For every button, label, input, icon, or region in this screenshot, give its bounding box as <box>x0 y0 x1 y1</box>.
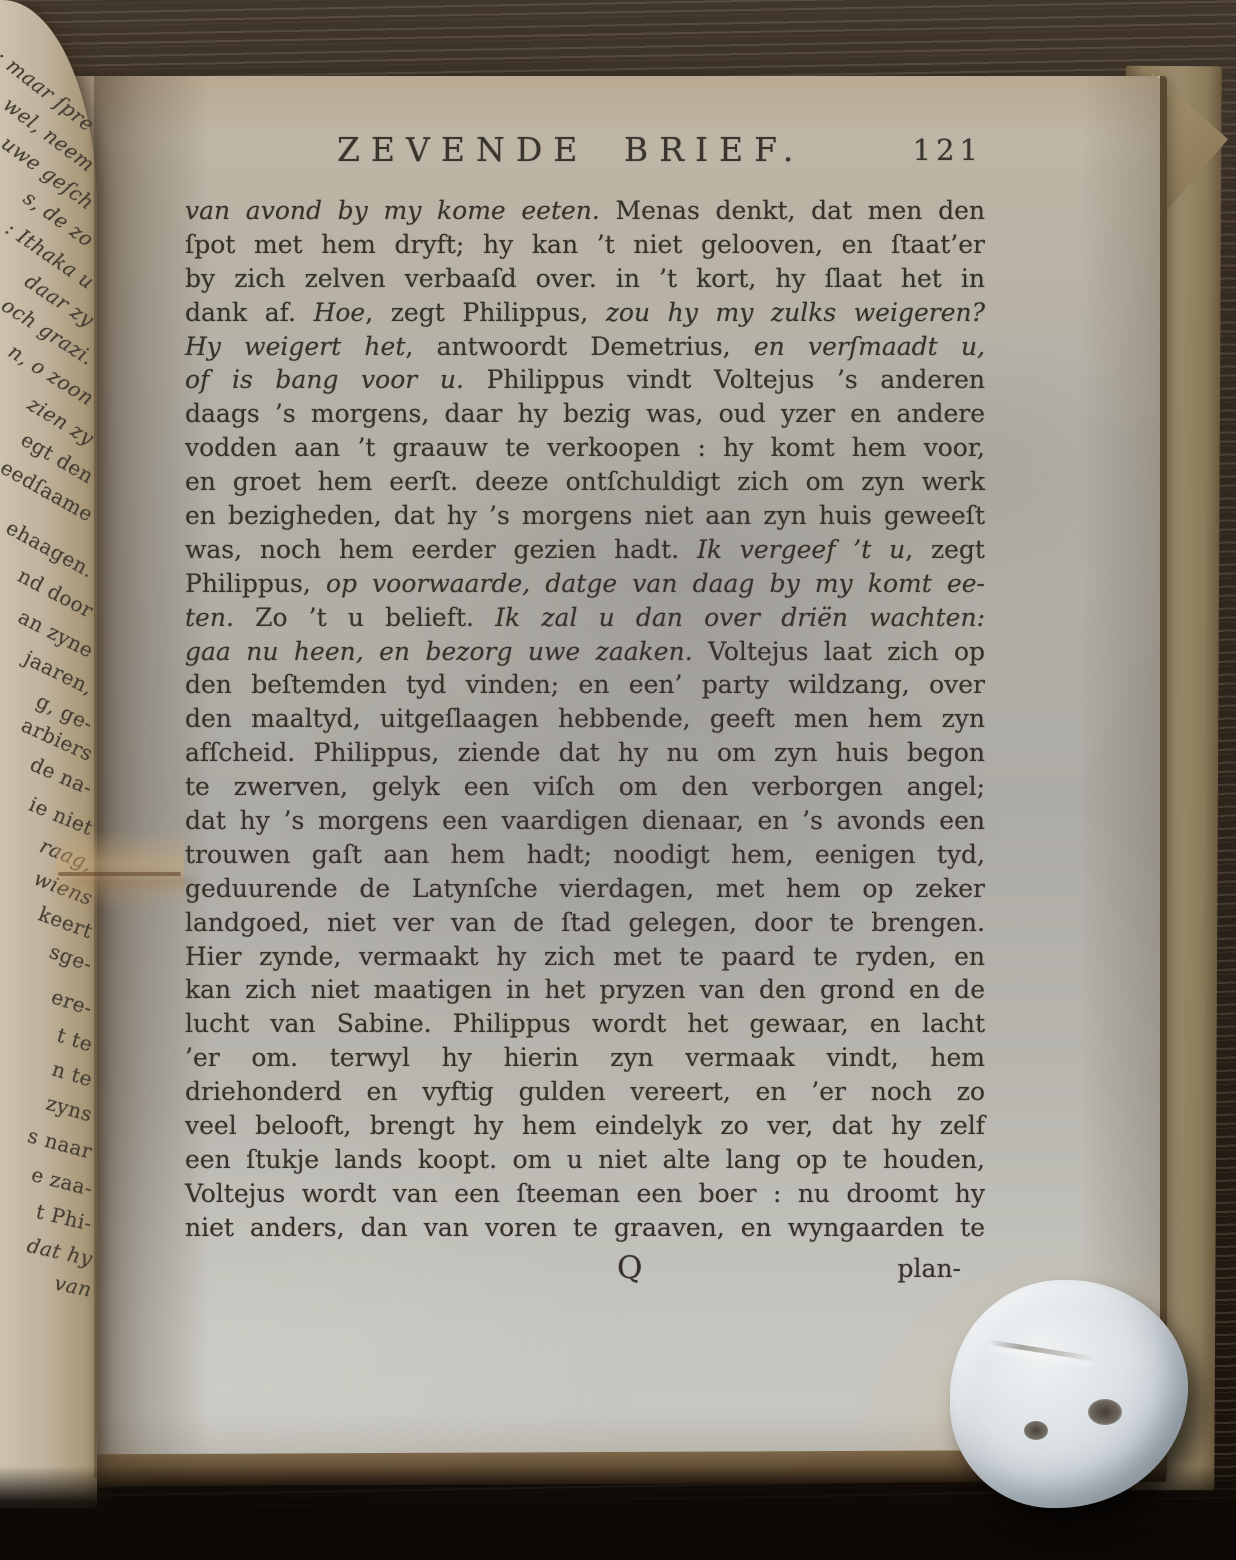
text-segment: en groet hem eerſt. deeze ontſchuldigt z… <box>185 467 985 496</box>
text-segment: den maaltyd, uitgeſlaagen hebbende, geef… <box>185 704 985 733</box>
text-segment: op voorwaarde, datge van daag by my komt… <box>326 569 985 598</box>
tear-repair-stain <box>56 830 184 910</box>
text-segment: Zo ’t u belieft. <box>234 603 495 632</box>
text-segment: zou hy my zulks weigeren? <box>606 298 985 327</box>
text-line: te zwerven, gelyk een viſch om den verbo… <box>185 770 985 804</box>
text-line: en groet hem eerſt. deeze ontſchuldigt z… <box>185 465 985 499</box>
text-segment: Ik zal u dan over driën wachten: <box>495 603 985 632</box>
margin-fragment: dat hy <box>25 1233 95 1271</box>
text-line: Hy weigert het, antwoordt Demetrius, en … <box>185 330 985 364</box>
running-header: ZEVENDE BRIEF. 121 <box>185 130 985 176</box>
text-segment: of is bang voor u. <box>185 365 464 394</box>
text-segment: geduurende de Latynſche vierdagen, met h… <box>185 874 985 903</box>
text-line: Hier zynde, vermaakt hy zich met te paar… <box>185 940 985 974</box>
text-segment: landgoed, niet ver van de ſtad gelegen, … <box>185 908 985 937</box>
signature-row: Q plan- <box>185 1250 985 1294</box>
text-line: vodden aan ’t graauw te verkoopen : hy k… <box>185 431 985 465</box>
text-segment: Philippus vindt Voltejus ’s anderen <box>464 365 985 394</box>
text-segment: by zich zelven verbaaſd over. in ’t kort… <box>185 264 985 293</box>
text-line: geduurende de Latynſche vierdagen, met h… <box>185 872 985 906</box>
text-segment: ’er om. terwyl hy hierin zyn vermaak vin… <box>185 1043 985 1072</box>
text-line: gaa nu heen, en bezorg uwe zaaken. Volte… <box>185 635 985 669</box>
margin-fragment: zyns <box>44 1091 96 1127</box>
text-line: afſcheid. Philippus, ziende dat hy nu om… <box>185 736 985 770</box>
text-segment: ſpot met hem dryft; hy kan ’t niet geloo… <box>185 230 985 259</box>
text-line: Philippus, op voorwaarde, datge van daag… <box>185 567 985 601</box>
text-segment: afſcheid. Philippus, ziende dat hy nu om… <box>185 738 985 767</box>
text-line: trouwen gaſt aan hem hadt; noodigt hem, … <box>185 838 985 872</box>
text-segment: Hy weigert het <box>185 332 405 361</box>
text-line: dat hy ’s morgens een vaardigen dienaar,… <box>185 804 985 838</box>
text-segment: dank af. <box>185 298 314 327</box>
text-line: daags ’s morgens, daar hy bezig was, oud… <box>185 397 985 431</box>
signature-mark: Q <box>617 1250 642 1286</box>
page-number: 121 <box>913 133 983 167</box>
margin-fragment: ere- <box>48 984 95 1020</box>
text-line: ten. Zo ’t u belieft. Ik zal u dan over … <box>185 601 985 635</box>
text-line: driehonderd en vyftig gulden vereert, en… <box>185 1075 985 1109</box>
text-segment: Voltejus wordt van een ſteeman een boer … <box>185 1179 985 1208</box>
text-segment: vodden aan ’t graauw te verkoopen : hy k… <box>185 433 985 462</box>
text-segment: kan zich niet maatigen in het pryzen van… <box>185 975 985 1004</box>
text-line: lucht van Sabine. Philippus wordt het ge… <box>185 1007 985 1041</box>
text-segment: veel belooft, brengt hy hem eindelyk zo … <box>185 1111 985 1140</box>
text-line: was, noch hem eerder gezien hadt. Ik ver… <box>185 533 985 567</box>
text-segment: Menas denkt, dat men den <box>600 196 985 225</box>
margin-fragment: e zaa- <box>29 1162 95 1201</box>
text-line: Voltejus wordt van een ſteeman een boer … <box>185 1177 985 1211</box>
text-line: dank af. Hoe, zegt Philippus, zou hy my … <box>185 296 985 330</box>
text-segment: Voltejus laat zich op <box>693 637 985 666</box>
margin-fragment: sge- <box>47 939 96 976</box>
stone-dimple <box>1088 1399 1122 1425</box>
text-segment: Ik vergeef ’t u <box>697 535 905 564</box>
text-segment: dat hy ’s morgens een vaardigen dienaar,… <box>185 806 985 835</box>
margin-fragment: van <box>53 1271 95 1302</box>
catchword: plan- <box>898 1254 961 1283</box>
text-line: een ſtukje lands koopt. om u niet alte l… <box>185 1143 985 1177</box>
text-line: ’er om. terwyl hy hierin zyn vermaak vin… <box>185 1041 985 1075</box>
margin-fragment: t te <box>54 1023 96 1057</box>
body-text: van avond by my kome eeten. Menas denkt,… <box>185 194 985 1245</box>
wood-table-background: { "book": { "header": { "title": "ZEVEND… <box>0 0 1236 1560</box>
text-line: den maaltyd, uitgeſlaagen hebbende, geef… <box>185 702 985 736</box>
text-segment: te zwerven, gelyk een viſch om den verbo… <box>185 772 985 801</box>
text-line: kan zich niet maatigen in het pryzen van… <box>185 973 985 1007</box>
text-segment: Hier zynde, vermaakt hy zich met te paar… <box>185 942 985 971</box>
text-line: veel belooft, brengt hy hem eindelyk zo … <box>185 1109 985 1143</box>
text-line: den beſtemden tyd vinden; en een’ party … <box>185 668 985 702</box>
text-line: niet anders, dan van voren te graaven, e… <box>185 1211 985 1245</box>
text-line: ſpot met hem dryft; hy kan ’t niet geloo… <box>185 228 985 262</box>
text-line: van avond by my kome eeten. Menas denkt,… <box>185 194 985 228</box>
text-segment: Hoe <box>314 298 366 327</box>
text-segment: niet anders, dan van voren te graaven, e… <box>185 1213 985 1242</box>
text-segment: was, noch hem eerder gezien hadt. <box>185 535 697 564</box>
text-segment: den beſtemden tyd vinden; en een’ party … <box>185 670 985 699</box>
text-segment: een ſtukje lands koopt. om u niet alte l… <box>185 1145 985 1174</box>
margin-fragment: s naar <box>25 1123 95 1163</box>
text-segment: , zegt <box>905 535 985 564</box>
stone-dimple <box>1024 1421 1048 1440</box>
text-segment: en bezigheden, dat hy ’s morgens niet aa… <box>185 501 985 530</box>
text-line: en bezigheden, dat hy ’s morgens niet aa… <box>185 499 985 533</box>
text-segment: , zegt Philippus, <box>365 298 606 327</box>
text-segment: ten. <box>185 603 234 632</box>
page-title: ZEVENDE BRIEF. <box>337 130 804 169</box>
text-segment: Philippus, <box>185 569 326 598</box>
text-line: landgoed, niet ver van de ſtad gelegen, … <box>185 906 985 940</box>
text-segment: gaa nu heen, en bezorg uwe zaaken. <box>185 637 693 666</box>
text-segment: driehonderd en vyftig gulden vereert, en… <box>185 1077 985 1106</box>
text-segment: , antwoordt Demetrius, <box>405 332 753 361</box>
margin-fragment: t Phi- <box>34 1199 95 1235</box>
text-line: by zich zelven verbaaſd over. in ’t kort… <box>185 262 985 296</box>
text-segment: en verſmaadt u, <box>754 332 985 361</box>
text-segment: trouwen gaſt aan hem hadt; noodigt hem, … <box>185 840 985 869</box>
margin-fragment: n te <box>49 1057 95 1092</box>
stone-crack <box>988 1340 1095 1362</box>
text-line: of is bang voor u. Philippus vindt Volte… <box>185 363 985 397</box>
previous-page-edge: ; maar ſpreu. wel, neemuwe geſchs, de zo… <box>0 0 97 1508</box>
text-segment: lucht van Sabine. Philippus wordt het ge… <box>185 1009 985 1038</box>
text-segment: van avond by my kome eeten. <box>185 196 600 225</box>
text-segment: daags ’s morgens, daar hy bezig was, oud… <box>185 399 985 428</box>
